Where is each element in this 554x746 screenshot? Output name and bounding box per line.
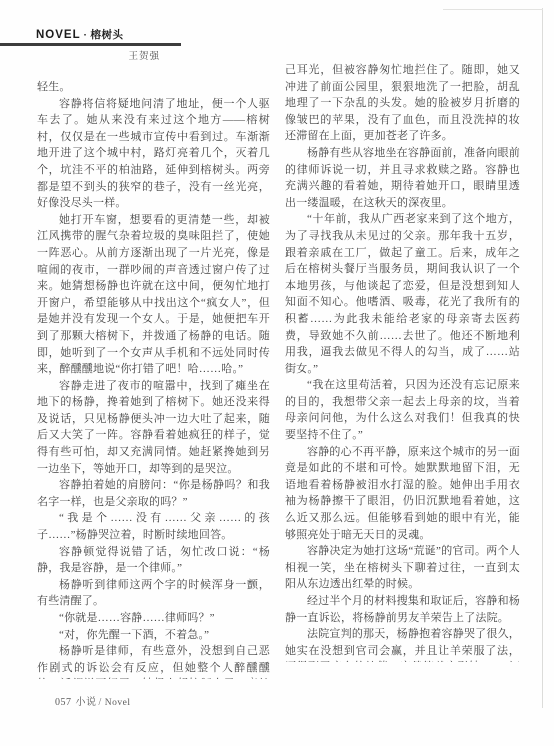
magazine-label: NOVEL [36,29,81,41]
paragraph: 杨静听到律师这两个字的时候浑身一颤，有些清醒了。 [37,577,270,610]
page-edge-line-right [542,8,543,708]
paragraph: “十年前，我从广西老家来到了这个地方，为了寻找我从未见过的父亲。那年我十五岁，跟… [285,211,520,377]
section-title: 榕树头 [90,29,123,41]
paragraph: 容静拍着她的肩膀问：“你是杨静吗？和我名字一样，也是父亲取的吗？” [37,477,270,510]
magazine-page: NOVEL·榕树头 王贺强 轻生。容静将信将疑地问清了地址，便一个人驱车去了。她… [0,0,554,746]
footer-section-label-en: Novel [105,698,131,708]
paragraph: 容静的心不再平静，原来这个城市的另一面竟是如此的不堪和可怜。她默默地留下泪，无语… [285,444,520,544]
paragraph: 轻生。 [37,79,270,96]
paragraph: 杨静有些从容地坐在容静面前，准备向眼前的律师诉说一切，并且寻求救赎之路。容静也充… [285,145,520,211]
page-footer: 057小说/Novel [55,693,131,708]
footer-separator: / [99,697,102,708]
paragraph: “我在这里苟活着，只因为还没有忘记原来的目的，我想带父亲一起去上母亲的坟，当着母… [285,377,520,443]
page-number: 057 [55,697,72,708]
paragraph: “你就是……容静……律师吗？” [37,610,270,627]
author-name: 王贺强 [0,48,160,62]
paragraph: 容静顿觉得说错了话，匆忙改口说：“杨静，我是容静，是一个律师。” [37,544,270,577]
header-rule [0,43,181,46]
paragraph: 杨静听是律师，有些意外，没想到自己恶作剧式的诉讼会有反应，但她整个人醉醺醺的，话… [37,643,270,679]
paragraph: 法院宣判的那天，杨静抱着容静哭了很久，她实在没想到官司会赢，并且让羊荣服了法，还… [285,626,520,662]
paragraph: 经过半个月的材料搜集和取证后，容静和杨静一直诉讼，将杨静前男友羊荣告上了法院。 [285,593,520,626]
footer-section-label-cn: 小说 [76,697,97,708]
paragraph: 己耳光，但被容静匆忙地拦住了。随即，她又冲进了前面公园里，狠狠地洗了一把脸，胡乱… [285,62,520,145]
paragraph: “对，你先醒一下酒，不着急。” [37,627,270,644]
paragraph: 容静将信将疑地问清了地址，便一个人驱车去了。她从来没有来过这个地方——榕树村，仅… [37,96,270,212]
paragraph: 她打开车窗，想要看的更清楚一些，却被江风携带的腥气杂着垃圾的臭味阻拦了，使她一阵… [37,212,270,378]
text-column-left: 轻生。容静将信将疑地问清了地址，便一个人驱车去了。她从来没有来过这个地方——榕树… [37,79,270,679]
text-column-right: 己耳光，但被容静匆忙地拦住了。随即，她又冲进了前面公园里，狠狠地洗了一把脸，胡乱… [285,62,520,662]
dot-separator: · [81,30,91,41]
paragraph: 容静走进了夜市的喧嚣中，找到了瘫坐在地下的杨静，搀着她到了榕树下。她还没来得及说… [37,378,270,478]
paragraph: “我是个……没有……父亲……的孩子……”杨静哭泣着，时断时续地回答。 [37,510,270,543]
page-edge-line-top [443,9,543,10]
section-header: NOVEL·榕树头 [36,27,123,42]
paragraph: 容静决定为她打这场“荒诞”的官司。两个人相视一笑，坐在榕树头下聊着过往，一直到太… [285,543,520,593]
